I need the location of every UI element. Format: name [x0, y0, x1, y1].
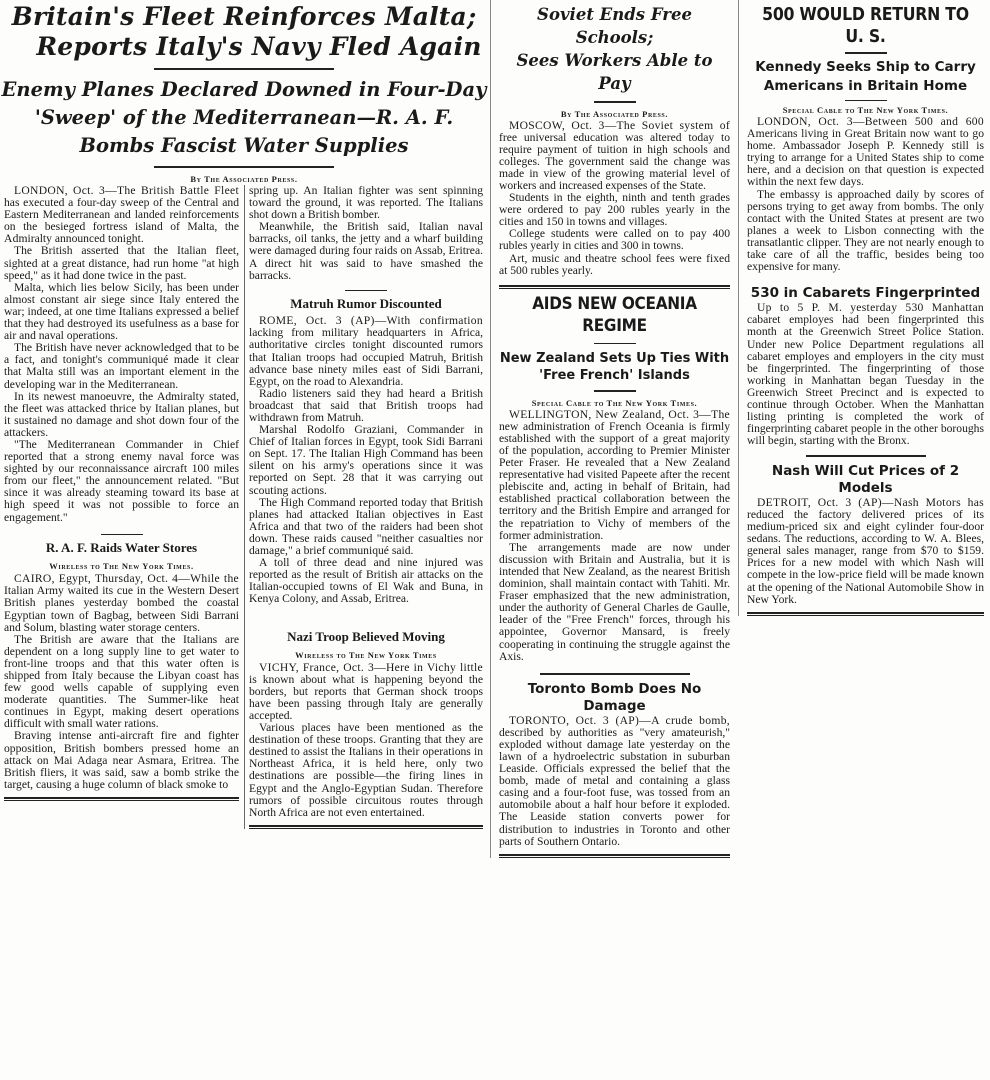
column-4: 500 WOULD RETURN TO U. S. Kennedy Seeks …	[738, 0, 988, 616]
divider	[594, 343, 636, 345]
paragraph: The High Command reported today that Bri…	[249, 497, 483, 557]
paragraph: VICHY, France, Oct. 3—Here in Vichy litt…	[249, 662, 483, 722]
paragraph: Up to 5 P. M. yesterday 530 Manhattan ca…	[747, 302, 984, 447]
paragraph: Meanwhile, the British said, Italian nav…	[249, 221, 483, 281]
paragraph: MOSCOW, Oct. 3—The Soviet system of free…	[499, 120, 730, 193]
divider	[154, 166, 334, 168]
matruh-subhead: Matruh Rumor Discounted	[249, 295, 483, 312]
paragraph: College students were called on to pay 4…	[499, 228, 730, 252]
soviet-headline: Soviet Ends Free Schools; Sees Workers A…	[499, 3, 730, 95]
paragraph: DETROIT, Oct. 3 (AP)—Nash Motors has red…	[747, 497, 984, 606]
column-end-rule	[249, 825, 483, 829]
oceania-deck: New Zealand Sets Up Ties With 'Free Fren…	[499, 350, 730, 384]
toronto-body: TORONTO, Oct. 3 (AP)—A crude bomb, descr…	[499, 715, 730, 848]
malta-body-columns: LONDON, Oct. 3—The British Battle Fleet …	[0, 185, 488, 829]
divider	[594, 390, 636, 392]
paragraph: ROME, Oct. 3 (AP)—With confirmation lack…	[249, 315, 483, 388]
paragraph: LONDON, Oct. 3—Between 500 and 600 Ameri…	[747, 116, 984, 189]
paragraph: The British asserted that the Italian fl…	[4, 245, 239, 281]
divider	[845, 52, 887, 54]
paragraph: The embassy is approached daily by score…	[747, 189, 984, 274]
malta-deck: Enemy Planes Declared Downed in Four-Day…	[0, 76, 488, 160]
soviet-headline-line-1: Soviet Ends Free Schools;	[499, 3, 730, 49]
paragraph: Radio listeners said they had heard a Br…	[249, 388, 483, 424]
malta-deck-line-1: Enemy Planes Declared Downed in Four-Day	[0, 76, 488, 104]
soviet-headline-line-2: Sees Workers Able to Pay	[499, 49, 730, 95]
kennedy-deck-line-2: Americans in Britain Home	[747, 77, 984, 96]
column-end-rule	[499, 854, 730, 858]
raf-subhead: R. A. F. Raids Water Stores	[4, 539, 239, 556]
kennedy-body: LONDON, Oct. 3—Between 500 and 600 Ameri…	[747, 116, 984, 273]
paragraph: Students in the eighth, ninth and tenth …	[499, 192, 730, 228]
cabarets-body: Up to 5 P. M. yesterday 530 Manhattan ca…	[747, 302, 984, 447]
malta-body-right: spring up. An Italian fighter was sent s…	[244, 185, 488, 829]
cabarets-headline: 530 in Cabarets Fingerprinted	[747, 285, 984, 302]
oceania-body: WELLINGTON, New Zealand, Oct. 3—The new …	[499, 409, 730, 663]
malta-deck-line-3: Bombs Fascist Water Supplies	[0, 132, 488, 160]
paragraph: WELLINGTON, New Zealand, Oct. 3—The new …	[499, 409, 730, 542]
paragraph: Braving intense anti-aircraft fire and f…	[4, 730, 239, 790]
divider	[845, 100, 887, 102]
kennedy-credit: Special Cable to The New York Times.	[747, 105, 984, 115]
paragraph: "The Mediterranean Commander in Chief re…	[4, 439, 239, 524]
raf-credit: Wireless to The New York Times.	[4, 560, 239, 572]
divider	[594, 101, 636, 103]
kennedy-deck: Kennedy Seeks Ship to Carry Americans in…	[747, 58, 984, 96]
malta-headline: Britain's Fleet Reinforces Malta; Report…	[0, 2, 488, 62]
oceania-deck-line-2: 'Free French' Islands	[499, 367, 730, 384]
nazi-credit: Wireless to The New York Times	[249, 649, 483, 661]
paragraph: The British have never acknowledged that…	[4, 342, 239, 390]
paragraph: TORONTO, Oct. 3 (AP)—A crude bomb, descr…	[499, 715, 730, 848]
nash-headline: Nash Will Cut Prices of 2 Models	[747, 463, 984, 497]
column-end-rule	[747, 612, 984, 616]
oceania-headline: AIDS NEW OCEANIA REGIME	[511, 293, 719, 337]
divider	[101, 534, 143, 536]
divider	[345, 290, 387, 292]
kennedy-headline: 500 WOULD RETURN TO U. S.	[759, 4, 972, 48]
oceania-credit: Special Cable to The New York Times.	[499, 398, 730, 408]
article-malta: Britain's Fleet Reinforces Malta; Report…	[0, 0, 488, 829]
malta-body-left: LONDON, Oct. 3—The British Battle Fleet …	[0, 185, 244, 829]
soviet-credit: By The Associated Press.	[499, 109, 730, 119]
nash-body: DETROIT, Oct. 3 (AP)—Nash Motors has red…	[747, 497, 984, 606]
malta-credit: By The Associated Press.	[0, 174, 488, 184]
toronto-headline: Toronto Bomb Does No Damage	[499, 681, 730, 715]
divider	[540, 673, 690, 675]
oceania-deck-line-1: New Zealand Sets Up Ties With	[499, 350, 730, 367]
nazi-subhead: Nazi Troop Believed Moving	[249, 628, 483, 645]
paragraph: Art, music and theatre school fees were …	[499, 253, 730, 277]
kennedy-deck-line-1: Kennedy Seeks Ship to Carry	[747, 58, 984, 77]
paragraph: Various places have been mentioned as th…	[249, 722, 483, 819]
paragraph: spring up. An Italian fighter was sent s…	[249, 185, 483, 221]
soviet-body: MOSCOW, Oct. 3—The Soviet system of free…	[499, 120, 730, 277]
paragraph: In its newest manoeuvre, the Admiralty s…	[4, 391, 239, 439]
paragraph: The arrangements made are now under disc…	[499, 542, 730, 663]
paragraph: A toll of three dead and nine injured wa…	[249, 557, 483, 605]
divider	[154, 68, 334, 70]
paragraph: LONDON, Oct. 3—The British Battle Fleet …	[4, 185, 239, 245]
paragraph: Malta, which lies below Sicily, has been…	[4, 282, 239, 342]
malta-deck-line-2: 'Sweep' of the Mediterranean—R. A. F.	[0, 104, 488, 132]
article-separator	[499, 285, 730, 289]
paragraph: The British are aware that the Italians …	[4, 634, 239, 731]
paragraph: Marshal Rodolfo Graziani, Commander in C…	[249, 424, 483, 497]
column-end-rule	[4, 797, 239, 801]
divider	[806, 455, 926, 457]
malta-headline-line-2: Reports Italy's Navy Fled Again	[0, 32, 488, 62]
column-3: Soviet Ends Free Schools; Sees Workers A…	[490, 0, 736, 858]
malta-headline-line-1: Britain's Fleet Reinforces Malta;	[0, 2, 488, 32]
paragraph: CAIRO, Egypt, Thursday, Oct. 4—While the…	[4, 573, 239, 633]
